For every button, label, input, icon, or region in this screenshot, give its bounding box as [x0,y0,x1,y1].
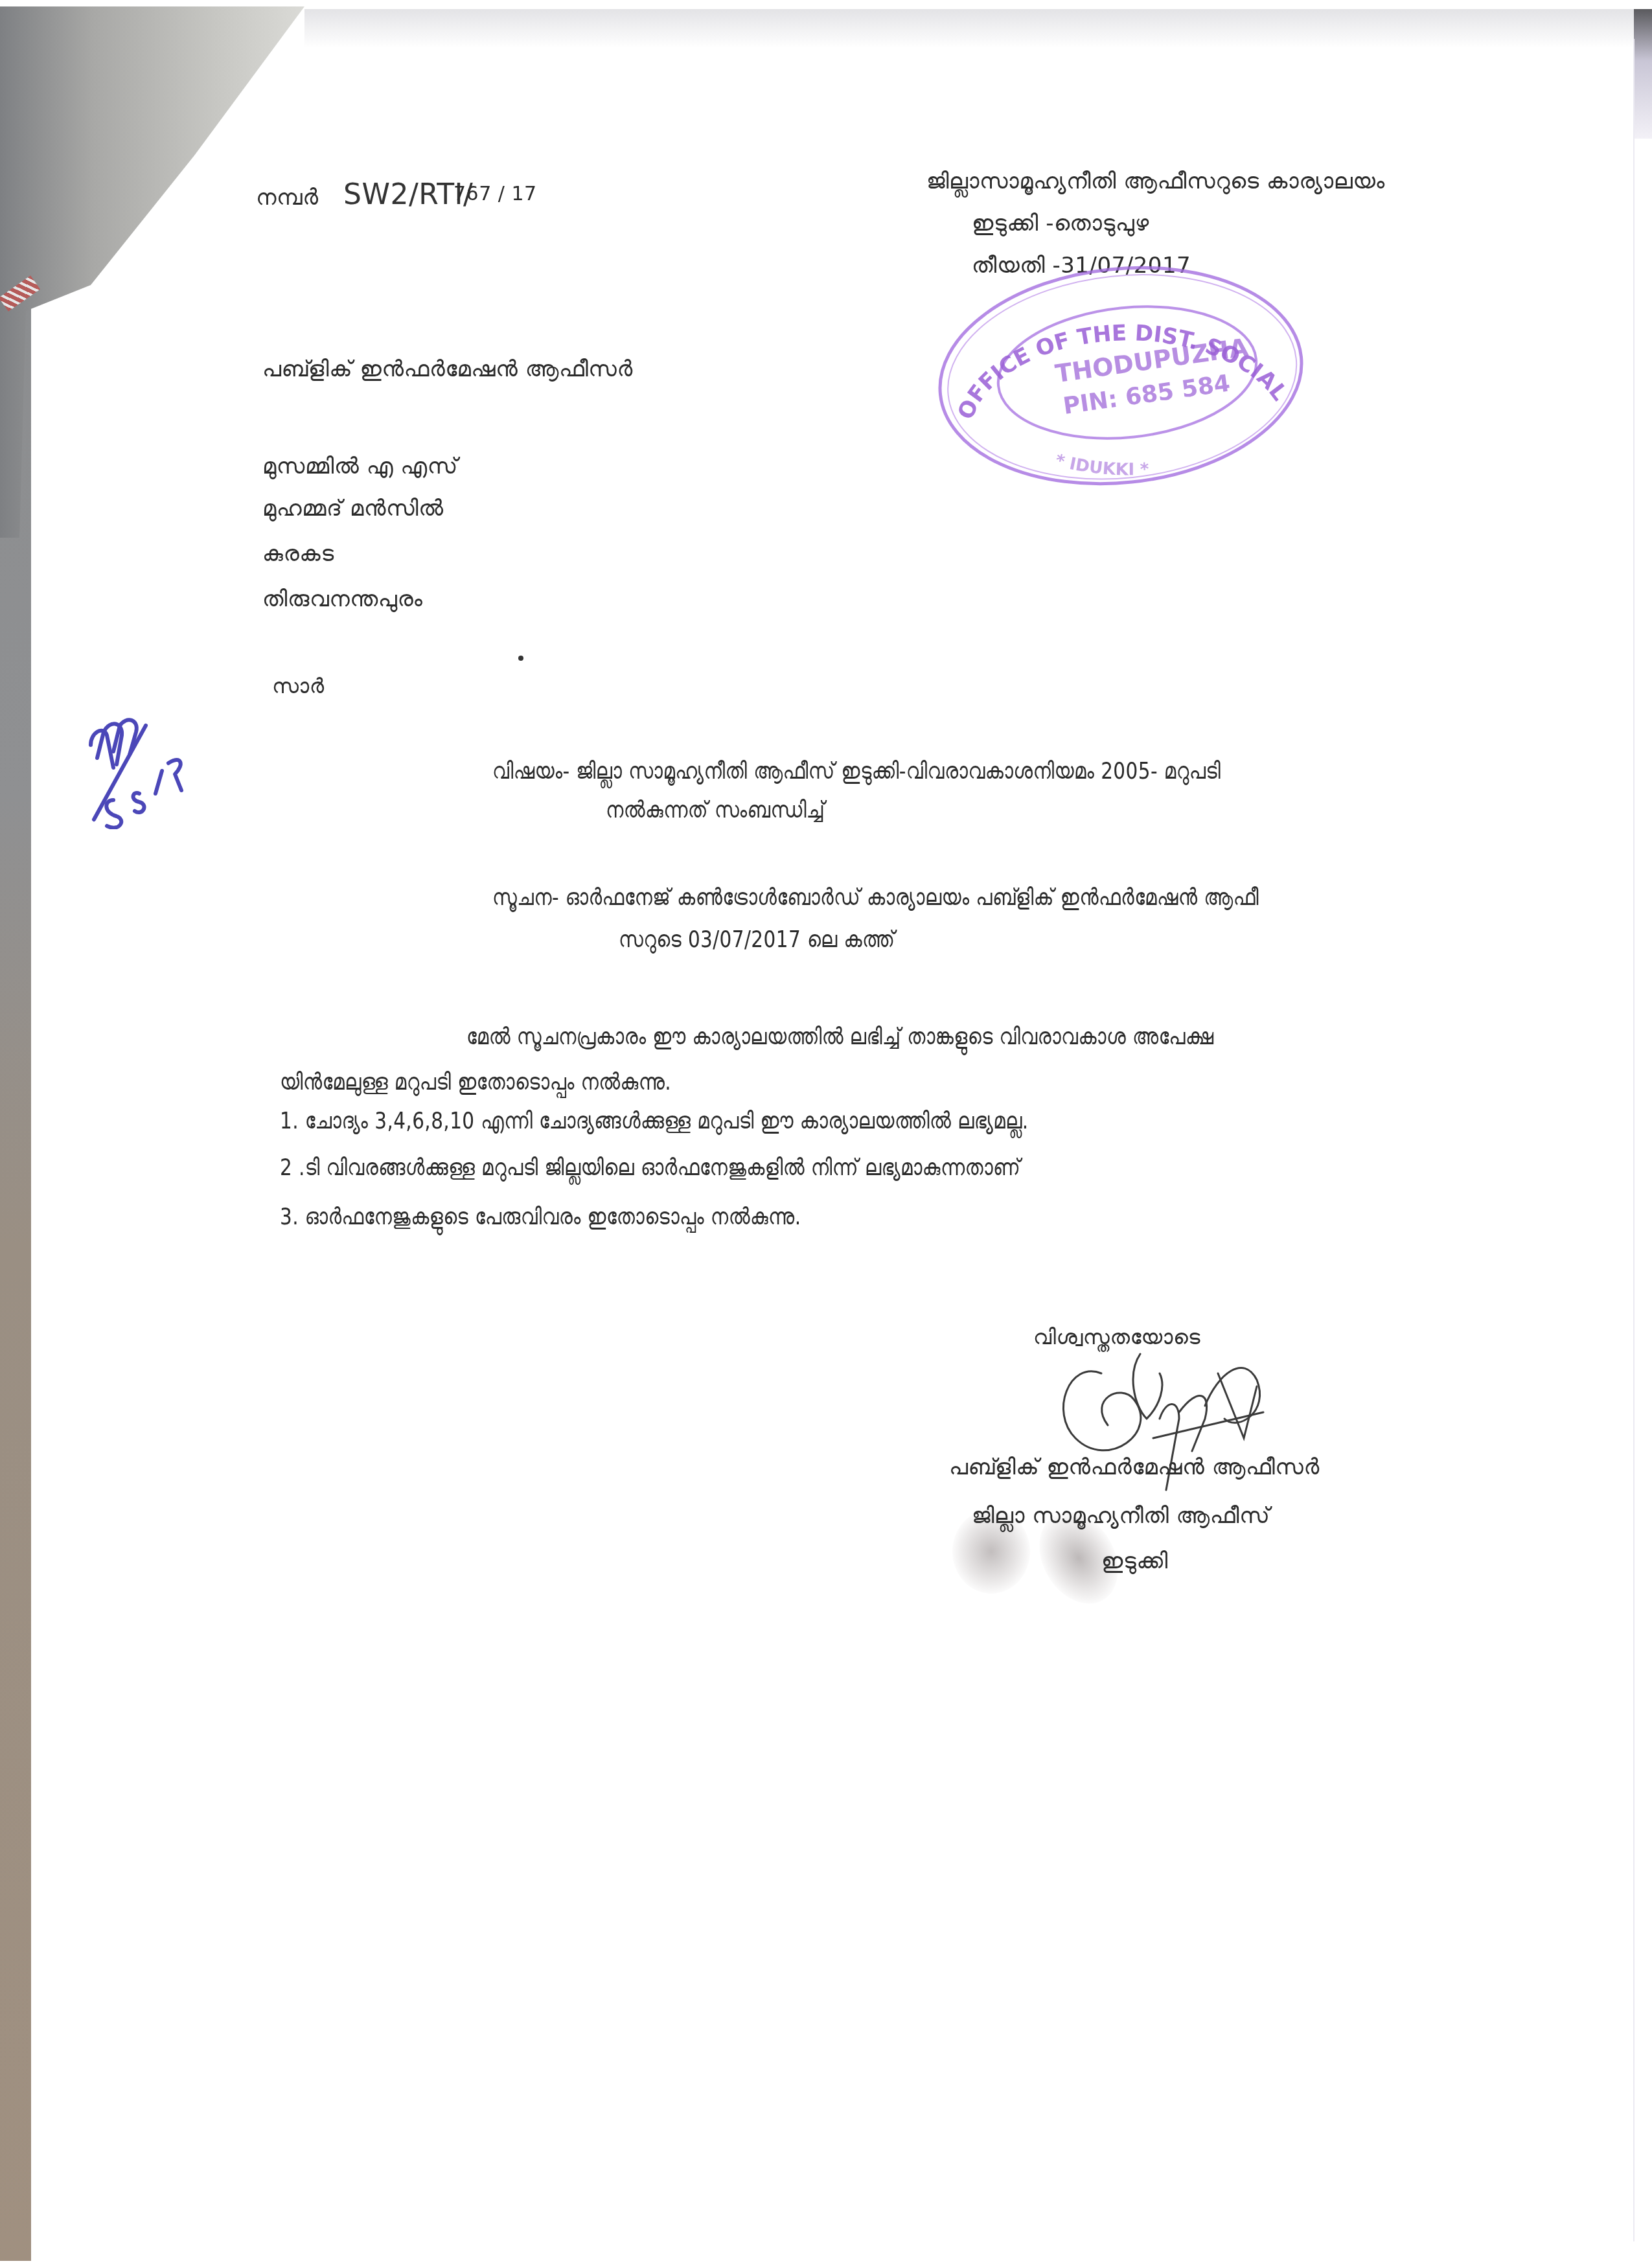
scan-top-shadow [304,9,1652,48]
svg-text:* IDUKKI *: * IDUKKI * [1053,451,1150,480]
salutation: സാർ [272,674,325,699]
stamp-bottom-text: * IDUKKI * [1053,451,1150,480]
official-seal-stamp: OFFICE OF THE DIST. SOCIAL JUSTICE OFFIC… [933,259,1309,492]
office-location: ഇടുക്കി -തൊടുപുഴ [972,211,1149,236]
body-paragraph-line1: മേൽ സൂചനപ്രകാരം ഈ കാര്യാലയത്തിൽ ലഭിച്ച് … [466,1024,1213,1051]
subject-line: വിഷയം- ജില്ലാ സാമൂഹ്യനീതി ആഫീസ് ഇടുക്കി-… [492,758,1221,785]
reference-number: 767 / 17 [453,183,537,205]
signatory-designation: പബ്ളിക് ഇൻഫർമേഷൻ ആഫീസർ [949,1454,1320,1480]
body-paragraph-line2: യിൻമേലുള്ള മറുപടി ഇതോടൊപ്പം നൽകുന്നു. [280,1069,671,1096]
scan-right-line [1633,39,1635,2241]
address-line: മുഹമ്മദ് മൻസിൽ [262,496,444,521]
subject-line-continued: നൽകുന്നത് സംബന്ധിച്ച് [606,797,825,824]
address-line: കുരകട [262,541,334,567]
signatory-place: ഇടുക്കി [1101,1548,1168,1574]
list-item: 1. ചോദ്യം 3,4,6,8,10 എന്നി ചോദ്യങ്ങൾക്കു… [280,1108,1029,1135]
list-item: 2 .ടി വിവരങ്ങൾക്കുള്ള മറുപടി ജില്ലയിലെ ഓ… [280,1154,1020,1182]
reference-line: സൂചന- ഓർഫനേജ് കൺട്രോൾബോർഡ് കാര്യാലയം പബ്… [492,884,1259,911]
reference-number-label: നമ്പർ [256,185,319,211]
sender-designation: പബ്ളിക് ഇൻഫർമേഷൻ ആഫീസർ [262,356,633,382]
address-line: തിരുവനന്തപുരം [262,586,422,612]
scan-right-edge [1634,9,1652,139]
list-item: 3. ഓർഫനേജുകളുടെ പേരുവിവരം ഇതോടൊപ്പം നൽകു… [280,1204,801,1231]
office-name: ജില്ലാസാമൂഹ്യനീതി ആഫീസറുടെ കാര്യാലയം [926,168,1385,194]
handwritten-initial-date [78,687,207,829]
signatory-office: ജില്ലാ സാമൂഹ്യനീതി ആഫീസ് [972,1503,1270,1529]
reference-line-continued: സറുടെ 03/07/2017 ലെ കത്ത് [619,926,895,954]
valediction: വിശ്വസ്തതയോടെ [1033,1325,1200,1350]
address-line: മുസമ്മിൽ എ എസ് [262,453,458,479]
ink-dot [518,656,523,661]
